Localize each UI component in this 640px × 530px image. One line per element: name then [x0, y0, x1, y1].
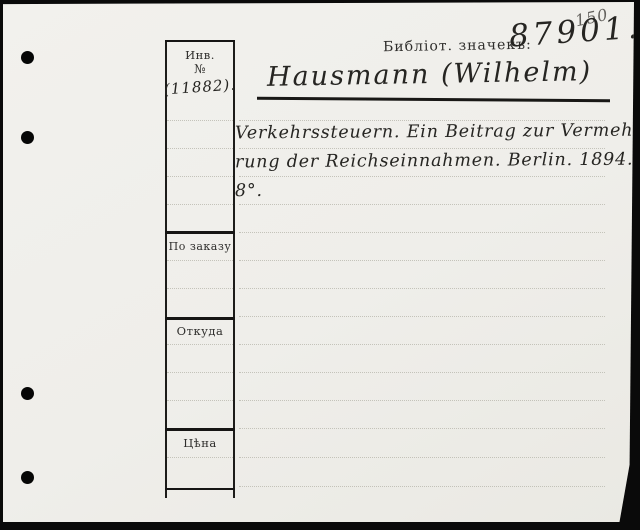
- catalog-card-paper: 150 Библіот. значекъ: 87901. Hausmann (W…: [3, 2, 634, 522]
- ruled-line: [239, 428, 605, 429]
- ruled-line: [167, 260, 233, 261]
- ruled-line: [167, 457, 233, 458]
- author-underline: [257, 97, 610, 102]
- punch-hole: [21, 131, 34, 144]
- scanned-catalog-card: 150 Библіот. значекъ: 87901. Hausmann (W…: [0, 0, 640, 530]
- ruled-line: [167, 288, 233, 289]
- column-divider: [165, 428, 235, 431]
- ruled-line: [167, 372, 233, 373]
- price-label: Цѣна: [165, 436, 235, 450]
- ruled-line: [239, 148, 605, 149]
- ruled-line: [239, 120, 605, 121]
- column-top-rule: [165, 40, 235, 42]
- author-heading: Hausmann (Wilhelm): [267, 56, 593, 93]
- ruled-line: [167, 204, 233, 205]
- origin-label: Откуда: [165, 324, 235, 338]
- inventory-number-value: (11882).: [160, 75, 239, 98]
- column-bottom-rule: [165, 488, 235, 490]
- title-line-2: rung der Reichseinnahmen. Berlin. 1894.: [235, 150, 633, 173]
- ruled-line: [239, 260, 605, 261]
- ruled-line: [239, 372, 605, 373]
- library-mark-number: 87901.: [508, 9, 640, 54]
- ruled-line: [239, 486, 605, 487]
- punch-hole: [21, 51, 34, 64]
- format-designation: 8°.: [235, 181, 263, 201]
- inventory-label: Инв.: [165, 48, 235, 62]
- column-divider: [165, 231, 235, 234]
- ruled-line: [239, 204, 605, 205]
- ruled-line: [167, 400, 233, 401]
- ruled-line: [167, 344, 233, 345]
- inventory-number-sign: №: [165, 62, 235, 76]
- punch-hole: [21, 387, 34, 400]
- ruled-line: [239, 316, 605, 317]
- ruled-line: [167, 176, 233, 177]
- ruled-line: [239, 288, 605, 289]
- order-label: По заказу: [165, 240, 235, 253]
- column-divider: [165, 317, 235, 320]
- punch-hole: [21, 471, 34, 484]
- ruled-line: [167, 120, 233, 121]
- ruled-line: [239, 344, 605, 345]
- ruled-line: [239, 457, 605, 458]
- ruled-line: [167, 148, 233, 149]
- ruled-line: [239, 400, 605, 401]
- title-line-1: Verkehrssteuern. Ein Beitrag zur Vermeh-: [235, 121, 640, 144]
- ruled-line: [239, 176, 605, 177]
- ruled-line: [239, 232, 605, 233]
